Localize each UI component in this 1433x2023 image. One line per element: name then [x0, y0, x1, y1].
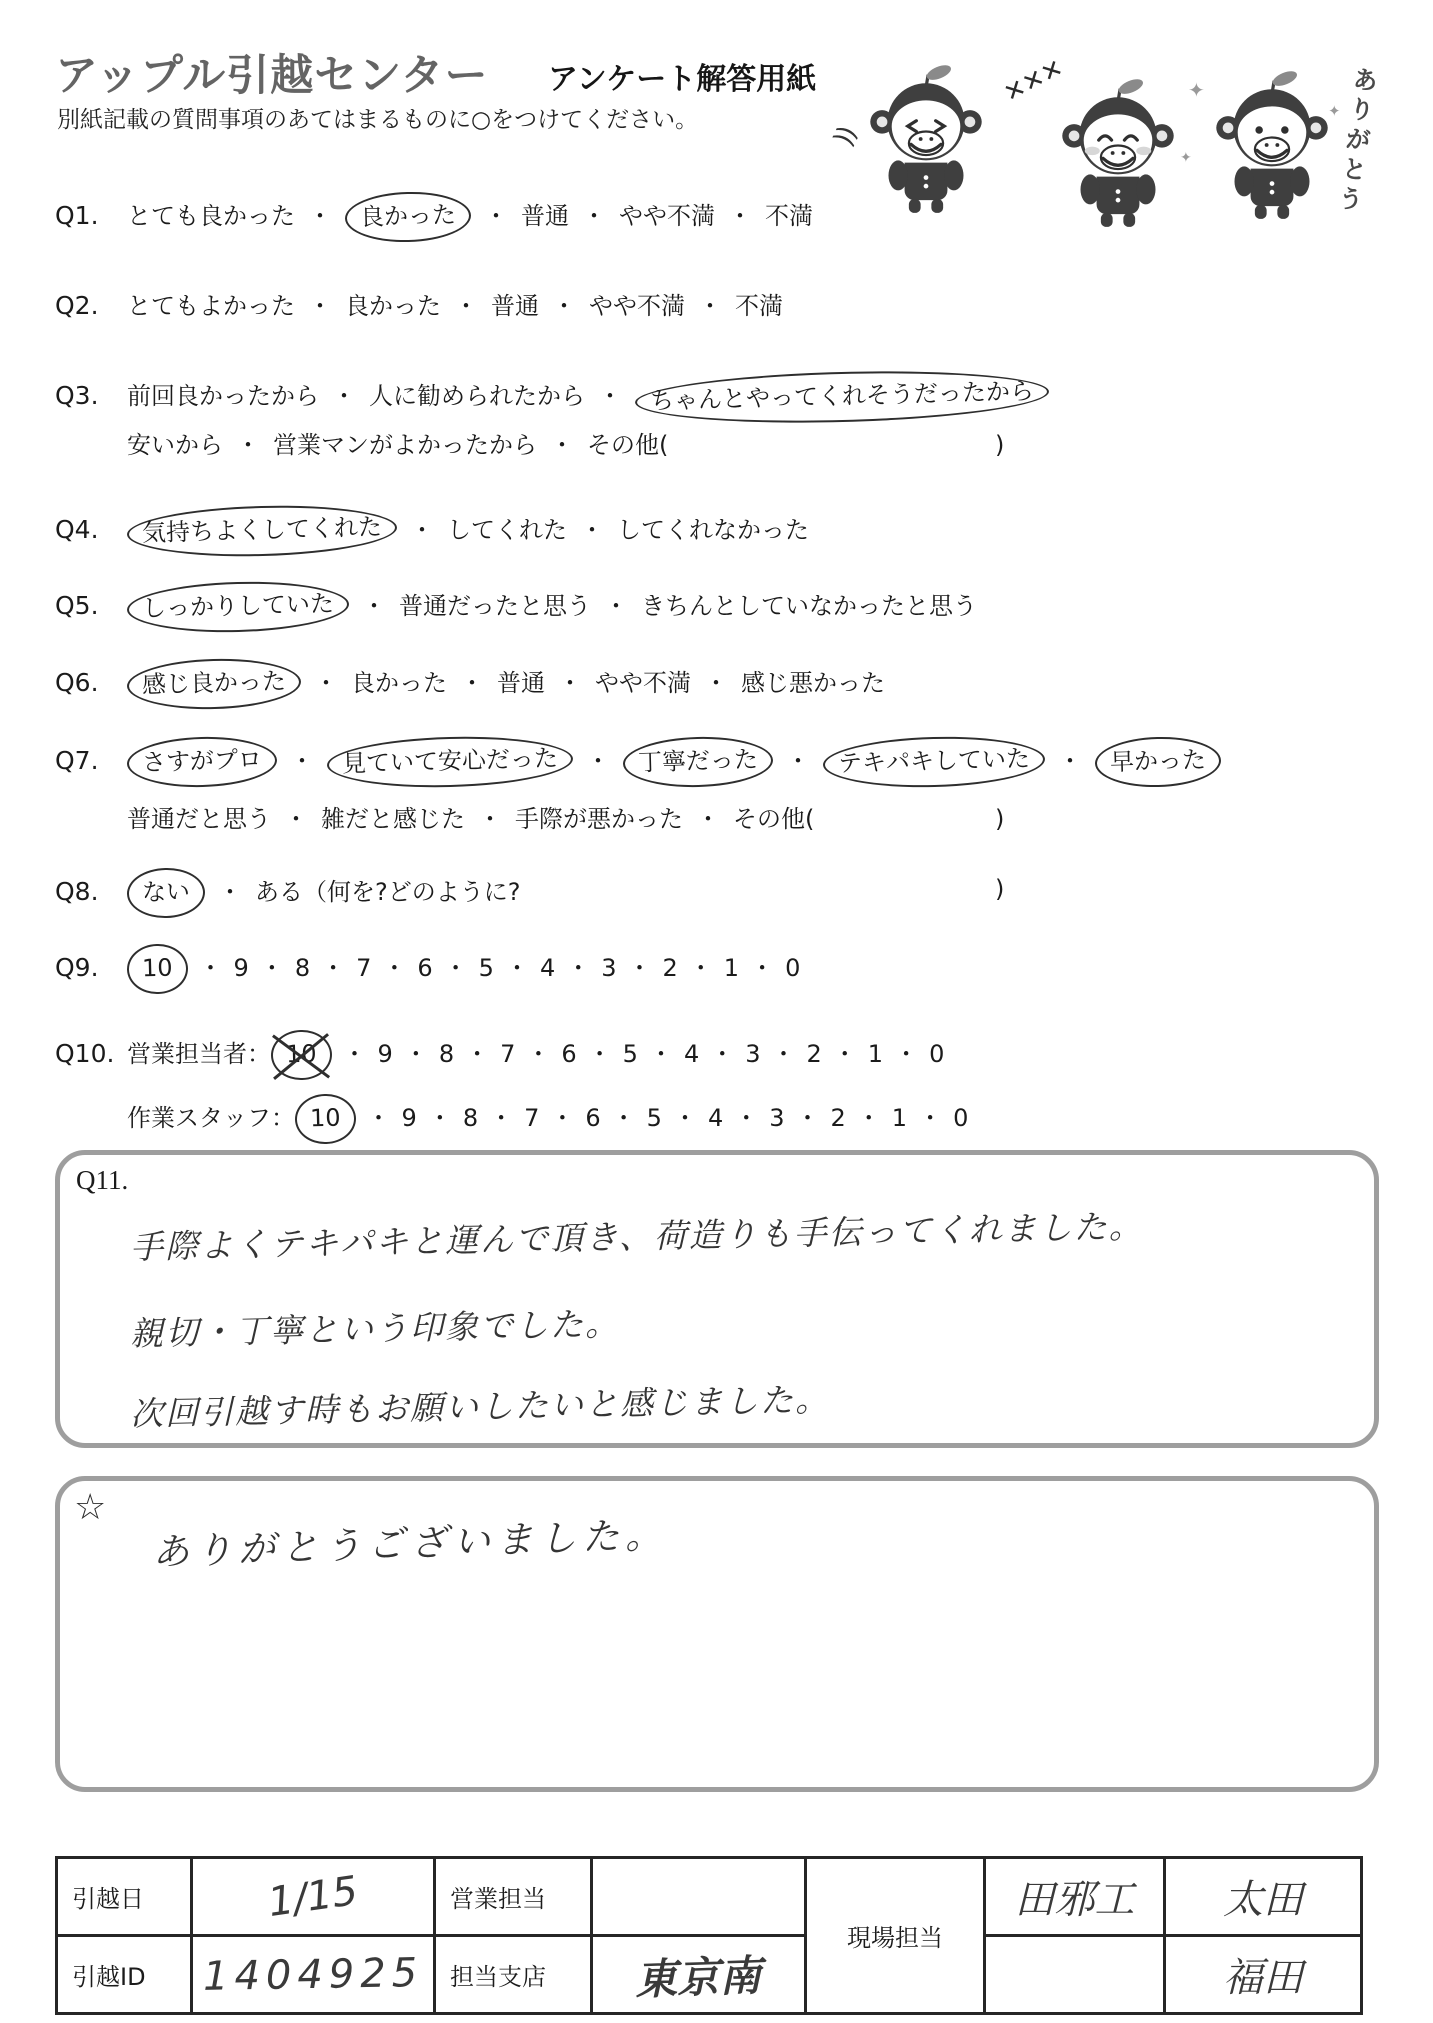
option-separator: ・: [308, 202, 332, 230]
option: 普通: [491, 285, 539, 327]
option: 良かった: [351, 662, 447, 704]
answer-close-paren: ): [995, 868, 1004, 910]
option-separator: ・: [588, 1040, 612, 1068]
option: 1: [892, 1097, 907, 1139]
score-row-label: 営業担当者：: [127, 1040, 271, 1068]
question-q4-line-1: Q4.気持ちよくしてくれた・してくれた・してくれなかった: [55, 506, 1395, 556]
option-separator: ・: [598, 382, 622, 410]
option: 良かった: [345, 285, 441, 327]
table-row: 引越日 1/15 営業担当 現場担当 田邪工 太田: [57, 1858, 1362, 1936]
handwritten-crew-name: 太田: [1223, 1868, 1303, 1925]
move-date-value: 1/15: [192, 1858, 435, 1936]
option-circled: 10: [294, 1093, 356, 1145]
option-separator: ・: [582, 202, 606, 230]
option-circled: さすがプロ: [126, 735, 277, 789]
option-separator: ・: [465, 1040, 489, 1068]
option-separator: ・: [218, 878, 242, 906]
thanks-comment-box: ☆ ありがとうございました。: [55, 1476, 1379, 1792]
question-label: Q10.: [55, 1033, 127, 1075]
option-circled: 丁寧だった: [622, 735, 773, 789]
option: 不満: [735, 285, 783, 327]
move-date-label: 引越日: [57, 1858, 192, 1936]
option: やや不満: [595, 662, 691, 704]
option-separator: ・: [460, 669, 484, 697]
option-separator: ・: [314, 669, 338, 697]
option: その他(: [733, 798, 814, 840]
handwritten-crew-name: 田邪工: [1015, 1868, 1135, 1925]
option-separator: ・: [728, 202, 752, 230]
question-q3-line-2: 安いから・営業マンがよかったから・その他(): [55, 424, 1395, 466]
question-label: Q8.: [55, 871, 127, 913]
option-separator: ・: [444, 954, 468, 982]
question-q6-line-1: Q6.感じ良かった・良かった・普通・やや不満・感じ悪かった: [55, 659, 1395, 709]
option-separator: ・: [489, 1104, 513, 1132]
option-separator: ・: [550, 431, 574, 459]
option: 7: [500, 1033, 515, 1075]
question-label: Q2.: [55, 285, 127, 327]
option-separator: ・: [689, 954, 713, 982]
option: 7: [356, 947, 371, 989]
option-circled: 良かった: [344, 190, 471, 243]
option: 2: [663, 947, 678, 989]
question-label: Q11.: [76, 1165, 128, 1196]
option-separator: ・: [454, 292, 478, 320]
handwritten-branch: 東京南: [634, 1942, 762, 2006]
option: とてもよかった: [127, 285, 295, 327]
question-q2-line-1: Q2.とてもよかった・良かった・普通・やや不満・不満: [55, 285, 1395, 327]
option: 普通: [521, 195, 569, 237]
option: 5: [647, 1097, 662, 1139]
question-q5-line-1: Q5.しっかりしていた・普通だったと思う・きちんとしていなかったと思う: [55, 582, 1395, 632]
option: 6: [417, 947, 432, 989]
q11-comment-box: Q11. 手際よくテキパキと運んで頂き、荷造りも手伝ってくれました。 親切・丁寧…: [55, 1150, 1379, 1448]
option: してくれた: [447, 509, 567, 551]
option: 3: [745, 1033, 760, 1075]
option: 普通だったと思う: [399, 585, 591, 627]
option-circled: 10: [126, 943, 188, 995]
branch-value: 東京南: [592, 1936, 806, 2014]
star-icon: ☆: [74, 1487, 106, 1528]
answer-close-paren: ): [995, 798, 1004, 840]
option: 8: [463, 1097, 478, 1139]
option: 6: [561, 1033, 576, 1075]
table-row: 引越ID 1404925 担当支店 東京南 福田: [57, 1936, 1362, 2014]
option: 営業マンがよかったから: [273, 424, 537, 466]
handwritten-comment-line: 次回引越す時もお願いしたいと感じました。: [130, 1374, 831, 1436]
question-q8-line-1: Q8.ない・ある（何を?どのように?): [55, 868, 1395, 918]
question-label: Q9.: [55, 947, 127, 989]
option: 4: [684, 1033, 699, 1075]
option: やや不満: [619, 195, 715, 237]
option: 1: [868, 1033, 883, 1075]
option-separator: ・: [698, 292, 722, 320]
move-id-label: 引越ID: [57, 1936, 192, 2014]
option: 4: [540, 947, 555, 989]
option-separator: ・: [404, 1040, 428, 1068]
handwritten-comment-line: 手際よくテキパキと運んで頂き、荷造りも手伝ってくれました。: [130, 1200, 1144, 1268]
option-separator: ・: [673, 1104, 697, 1132]
option-separator: ・: [505, 954, 529, 982]
option-circled: しっかりしていた: [126, 579, 349, 635]
option-separator: ・: [367, 1104, 391, 1132]
option-separator: ・: [558, 669, 582, 697]
option-circled: 感じ良かった: [126, 657, 301, 712]
question-q1-line-1: Q1.とても良かった・良かった・普通・やや不満・不満: [55, 192, 1395, 242]
option-separator: ・: [550, 1104, 574, 1132]
option-separator: ・: [321, 954, 345, 982]
option: 不満: [765, 195, 813, 237]
option: とても良かった: [127, 195, 295, 237]
crew-name-cell: 福田: [1165, 1936, 1362, 2014]
score-row-label: 作業スタッフ：: [127, 1104, 295, 1132]
option-separator: ・: [918, 1104, 942, 1132]
move-info-table: 引越日 1/15 営業担当 現場担当 田邪工 太田 引越ID 1404925 担…: [55, 1856, 1363, 2015]
handwritten-thanks: ありがとうございました。: [151, 1504, 669, 1576]
option-separator: ・: [586, 747, 610, 775]
move-id-value: 1404925: [192, 1936, 435, 2014]
option: 前回良かったから: [127, 375, 319, 417]
question-label: Q4.: [55, 509, 127, 551]
question-q10-line-2: 作業スタッフ：10・9・8・7・6・5・4・3・2・1・0: [55, 1094, 1395, 1144]
sparkle-icon: ✦: [1328, 102, 1341, 120]
question-q7-line-2: 普通だと思う・雑だと感じた・手際が悪かった・その他(): [55, 798, 1395, 840]
option-separator: ・: [628, 954, 652, 982]
handwritten-move-id: 1404925: [203, 1950, 424, 2000]
option-separator: ・: [649, 1040, 673, 1068]
question-label: Q7.: [55, 740, 127, 782]
option-separator: ・: [484, 202, 508, 230]
answer-close-paren: ): [995, 424, 1004, 466]
option-circled: 10: [270, 1029, 332, 1081]
option-separator: ・: [260, 954, 284, 982]
option-separator: ・: [772, 1040, 796, 1068]
option-separator: ・: [696, 805, 720, 833]
form-title: アンケート解答用紙: [548, 54, 816, 98]
option: 3: [601, 947, 616, 989]
option: 5: [479, 947, 494, 989]
option-separator: ・: [236, 431, 260, 459]
option-circled: テキパキしていた: [822, 734, 1045, 790]
option: 普通だと思う: [127, 798, 271, 840]
option: やや不満: [589, 285, 685, 327]
crew-name-cell: [985, 1936, 1165, 2014]
option: 9: [234, 947, 249, 989]
handwritten-comment-line: 親切・丁寧という印象でした。: [130, 1298, 621, 1355]
option: 雑だと感じた: [321, 798, 465, 840]
option-separator: ・: [552, 292, 576, 320]
option: ある（何を?どのように?: [255, 871, 520, 913]
option-separator: ・: [566, 954, 590, 982]
sparkle-icon: ✦: [1180, 150, 1192, 166]
option: 7: [524, 1097, 539, 1139]
option-separator: ・: [604, 592, 628, 620]
option-separator: ・: [1058, 747, 1082, 775]
option: 3: [769, 1097, 784, 1139]
option: 9: [402, 1097, 417, 1139]
option-separator: ・: [750, 954, 774, 982]
option-separator: ・: [332, 382, 356, 410]
crew-name-cell: 田邪工: [985, 1858, 1165, 1936]
question-label: Q3.: [55, 375, 127, 417]
brand-logo: アップル引越センター: [55, 42, 489, 103]
option-separator: ・: [734, 1104, 758, 1132]
option: きちんとしていなかったと思う: [641, 585, 977, 627]
option: 2: [807, 1033, 822, 1075]
option: 9: [378, 1033, 393, 1075]
option-circled: 早かった: [1094, 735, 1221, 788]
option: 2: [831, 1097, 846, 1139]
option: その他(: [587, 424, 668, 466]
question-label: Q6.: [55, 662, 127, 704]
question-q10-line-1: Q10.営業担当者：10・9・8・7・6・5・4・3・2・1・0: [55, 1030, 1395, 1080]
option-separator: ・: [894, 1040, 918, 1068]
option: 6: [585, 1097, 600, 1139]
option-separator: ・: [428, 1104, 452, 1132]
question-label: Q5.: [55, 585, 127, 627]
option-separator: ・: [308, 292, 332, 320]
option: 4: [708, 1097, 723, 1139]
option: 0: [953, 1097, 968, 1139]
option-separator: ・: [362, 592, 386, 620]
handwritten-date: 1/15: [265, 1867, 360, 1925]
option-separator: ・: [284, 805, 308, 833]
option: 1: [724, 947, 739, 989]
survey-sheet: アップル引越センター アンケート解答用紙 別紙記載の質問事項のあてはまるものに○…: [0, 0, 1433, 2023]
option-separator: ・: [857, 1104, 881, 1132]
option-separator: ・: [580, 516, 604, 544]
option-separator: ・: [343, 1040, 367, 1068]
option-separator: ・: [612, 1104, 636, 1132]
option: 8: [295, 947, 310, 989]
option-separator: ・: [478, 805, 502, 833]
option: 安いから: [127, 424, 223, 466]
instruction-text: 別紙記載の質問事項のあてはまるものに○をつけてください。: [57, 101, 698, 134]
option-separator: ・: [410, 516, 434, 544]
option-separator: ・: [526, 1040, 550, 1068]
option-separator: ・: [786, 747, 810, 775]
site-crew-label: 現場担当: [806, 1858, 985, 2014]
question-q9-line-1: Q9.10・9・8・7・6・5・4・3・2・1・0: [55, 944, 1395, 994]
option: してくれなかった: [617, 509, 809, 551]
option-separator: ・: [796, 1104, 820, 1132]
handwritten-crew-name: 福田: [1223, 1946, 1303, 2003]
option-separator: ・: [710, 1040, 734, 1068]
option: 5: [623, 1033, 638, 1075]
option: 人に勧められたから: [369, 375, 585, 417]
option: 8: [439, 1033, 454, 1075]
option: 普通: [497, 662, 545, 704]
option: 0: [929, 1033, 944, 1075]
question-q3-line-1: Q3.前回良かったから・人に勧められたから・ちゃんとやってくれそうだったから: [55, 372, 1395, 422]
option: 0: [785, 947, 800, 989]
option-separator: ・: [382, 954, 406, 982]
option-circled: 気持ちよくしてくれた: [126, 502, 397, 559]
branch-label: 担当支店: [435, 1936, 592, 2014]
option: 手際が悪かった: [515, 798, 683, 840]
option-circled: ない: [126, 867, 205, 919]
option-circled: 見ていて安心だった: [326, 734, 573, 790]
question-label: Q1.: [55, 195, 127, 237]
option-separator: ・: [290, 747, 314, 775]
option-circled: ちゃんとやってくれそうだったから: [634, 367, 1049, 428]
option: 感じ悪かった: [741, 662, 885, 704]
option-separator: ・: [704, 669, 728, 697]
option-separator: ・: [199, 954, 223, 982]
question-q7-line-1: Q7.さすがプロ・見ていて安心だった・丁寧だった・テキパキしていた・早かった: [55, 737, 1395, 787]
crew-name-cell: 太田: [1165, 1858, 1362, 1936]
sales-rep-label: 営業担当: [435, 1858, 592, 1936]
option-separator: ・: [833, 1040, 857, 1068]
sales-rep-value: [592, 1858, 806, 1936]
